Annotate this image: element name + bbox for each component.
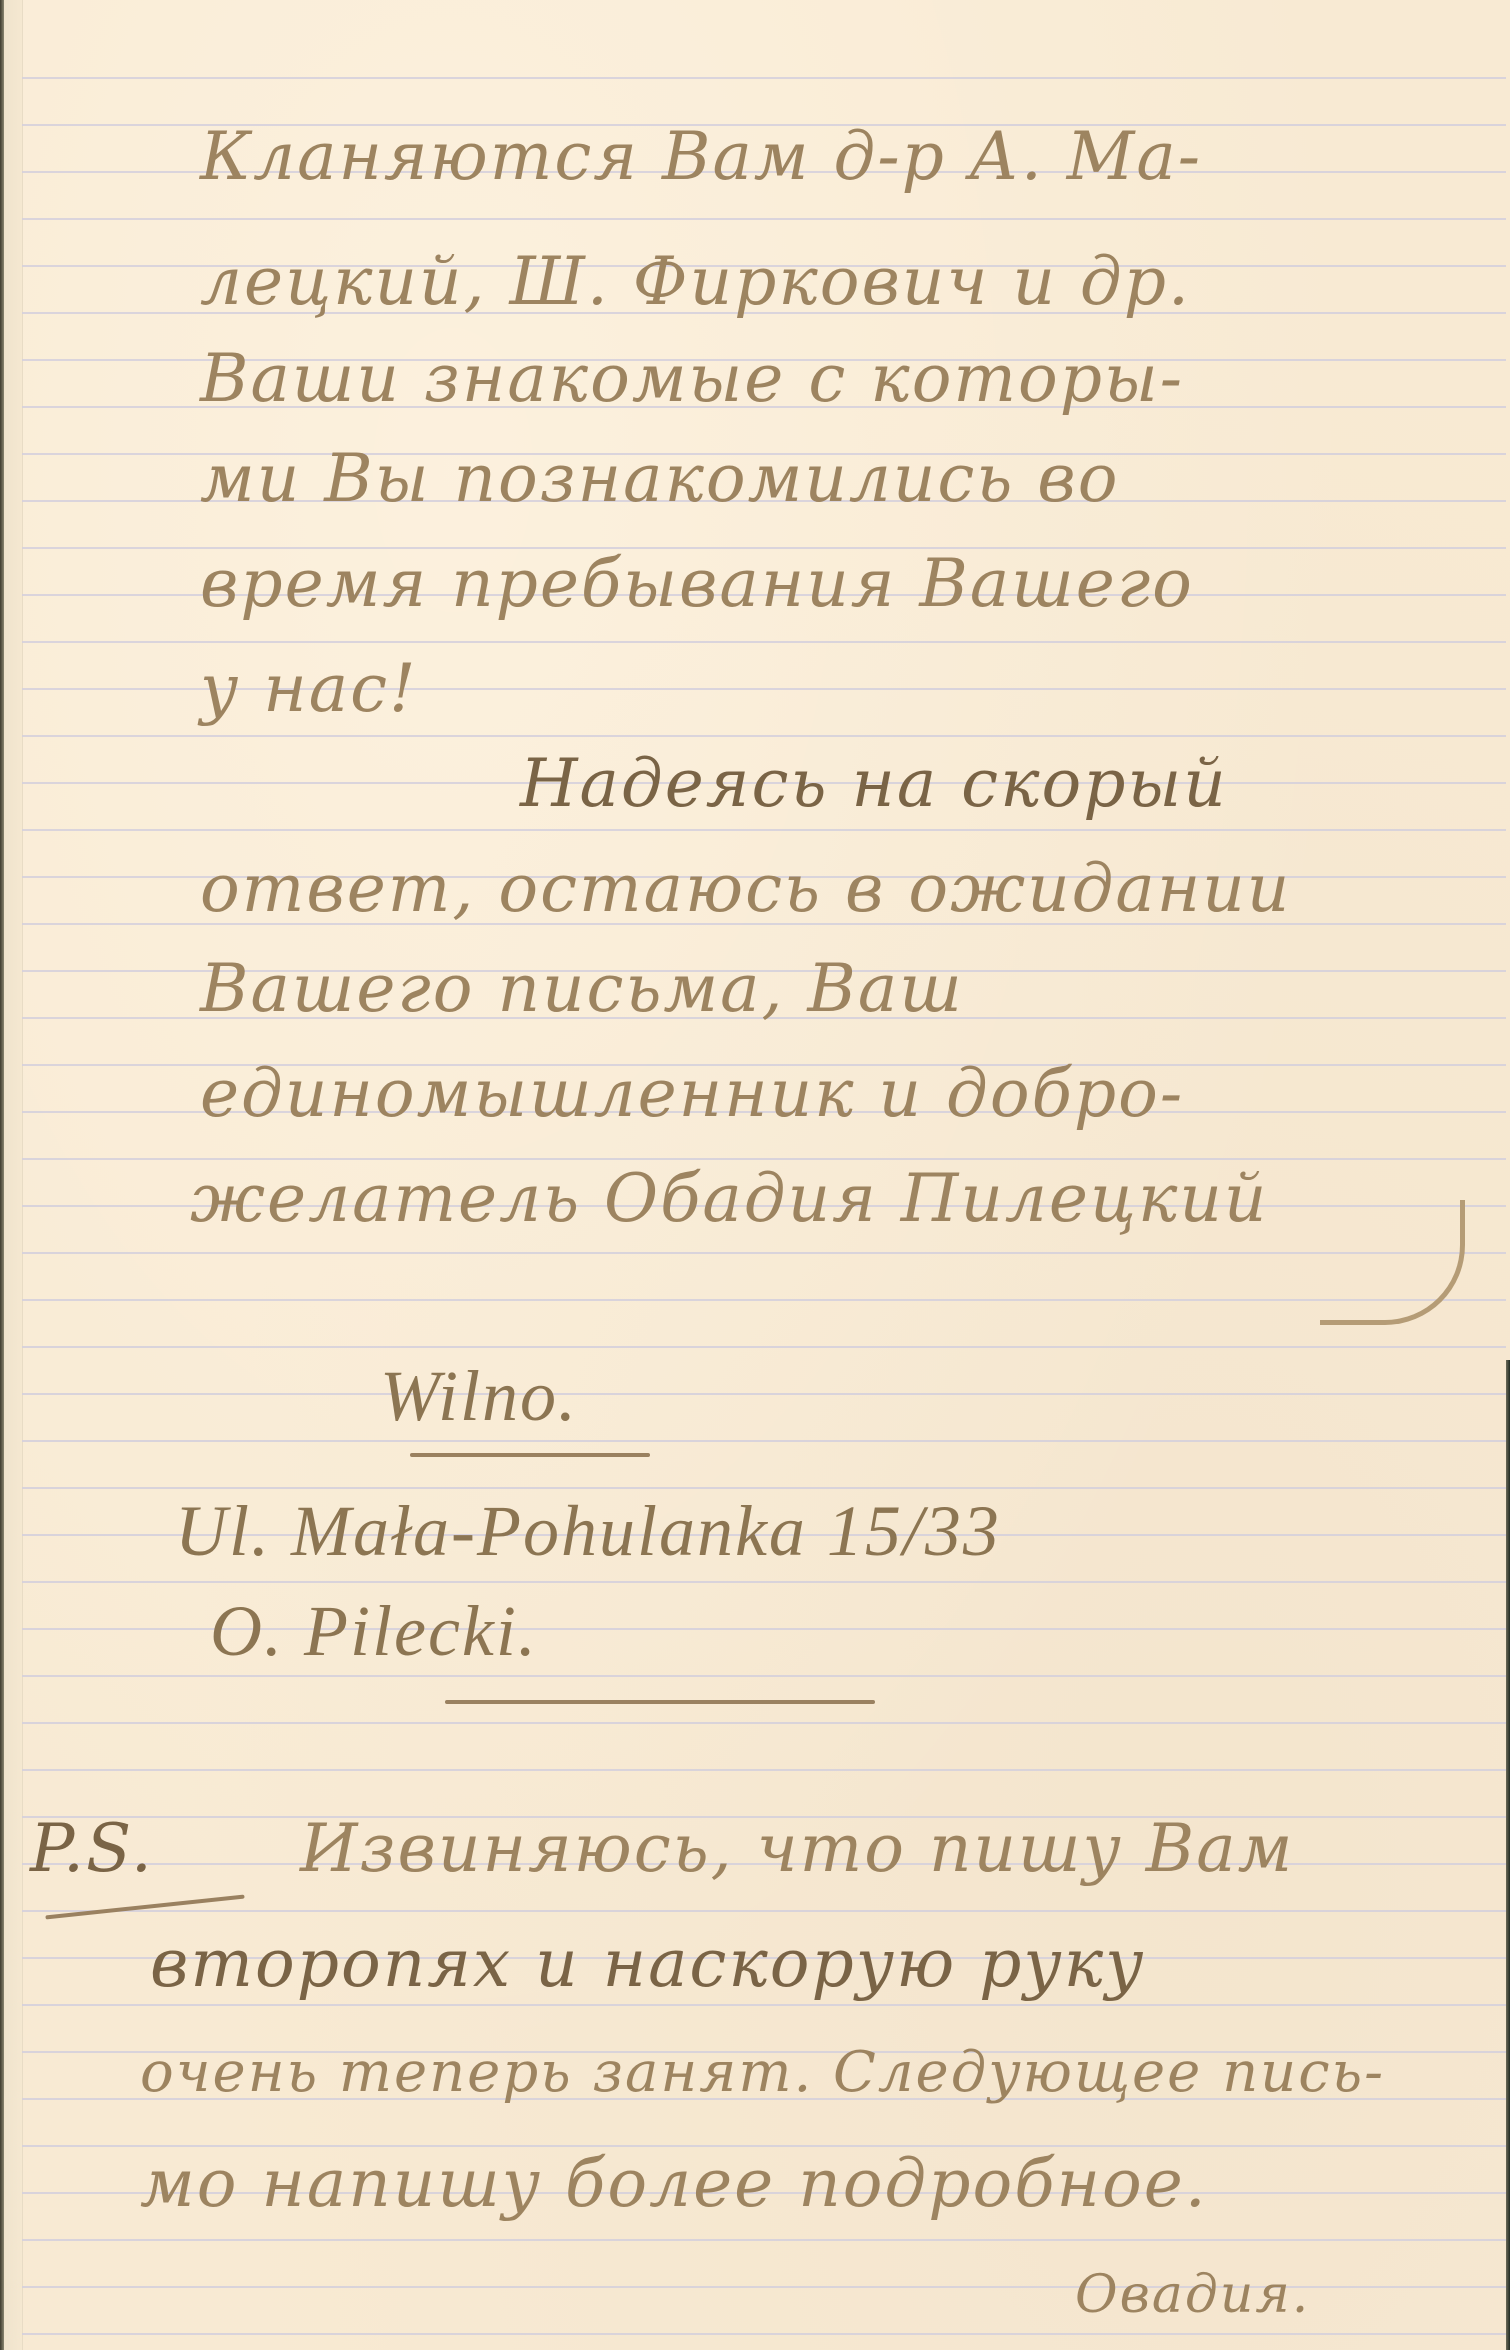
- signature-flourish: [1320, 1200, 1465, 1325]
- address-street: Ul. Mała-Pohulanka 15/33: [175, 1490, 1001, 1573]
- ruled-line: [22, 1910, 1506, 1912]
- ruled-line: [22, 218, 1506, 220]
- body-line-4: ми Вы познакомились во: [200, 440, 1119, 517]
- body-line-2: лецкий, Ш. Фиркович и др.: [200, 243, 1191, 320]
- letter-page: Кланяются Вам д-р А. Ма- лецкий, Ш. Фирк…: [0, 0, 1510, 2350]
- body-line-7: Надеясь на скорый: [520, 745, 1228, 822]
- ps-line-1: Извиняюсь, что пишу Вам: [300, 1810, 1294, 1887]
- ruled-line: [22, 2239, 1506, 2241]
- ruled-line: [22, 1393, 1506, 1395]
- ps-signature: Овадия.: [1075, 2265, 1310, 2325]
- ruled-line: [22, 1722, 1506, 1724]
- address-name: O. Pilecki.: [210, 1590, 538, 1673]
- ruled-line: [22, 1769, 1506, 1771]
- ruled-line: [22, 1299, 1506, 1301]
- ruled-line: [22, 829, 1506, 831]
- ruled-line: [22, 1346, 1506, 1348]
- ruled-line: [22, 735, 1506, 737]
- ps-underline: [45, 1895, 244, 1920]
- ruled-line: [22, 1675, 1506, 1677]
- ruled-line: [22, 1440, 1506, 1442]
- signature-line: желатель Обадия Пилецкий: [190, 1160, 1268, 1237]
- ruled-line: [22, 1487, 1506, 1489]
- body-line-8: ответ, остаюсь в ожидании: [200, 850, 1291, 927]
- address-city: Wilno.: [380, 1355, 578, 1438]
- ruled-line: [22, 77, 1506, 79]
- body-line-1: Кланяются Вам д-р А. Ма-: [200, 118, 1202, 195]
- ps-line-3: очень теперь занят. Следующее пись-: [140, 2040, 1385, 2105]
- body-line-10: единомышленник и добро-: [200, 1055, 1184, 1132]
- body-line-9: Вашего письма, Ваш: [200, 950, 964, 1027]
- ps-line-2: второпях и наскорую руку: [150, 1925, 1145, 2002]
- address-underline: [445, 1700, 875, 1704]
- ruled-line: [22, 641, 1506, 643]
- ruled-line: [22, 2004, 1506, 2006]
- body-line-5: время пребывания Вашего: [200, 545, 1194, 622]
- ruled-line: [22, 1252, 1506, 1254]
- body-line-3: Ваши знакомые с которы-: [200, 340, 1184, 417]
- left-margin: [4, 0, 23, 2350]
- right-page-edge: [1506, 1360, 1510, 2350]
- ps-line-4: мо напишу более подробное.: [140, 2145, 1208, 2222]
- city-underline: [410, 1453, 650, 1457]
- body-line-6: у нас!: [200, 650, 418, 727]
- ruled-line: [22, 1581, 1506, 1583]
- ruled-line: [22, 2333, 1506, 2335]
- ps-label: P.S.: [30, 1810, 154, 1887]
